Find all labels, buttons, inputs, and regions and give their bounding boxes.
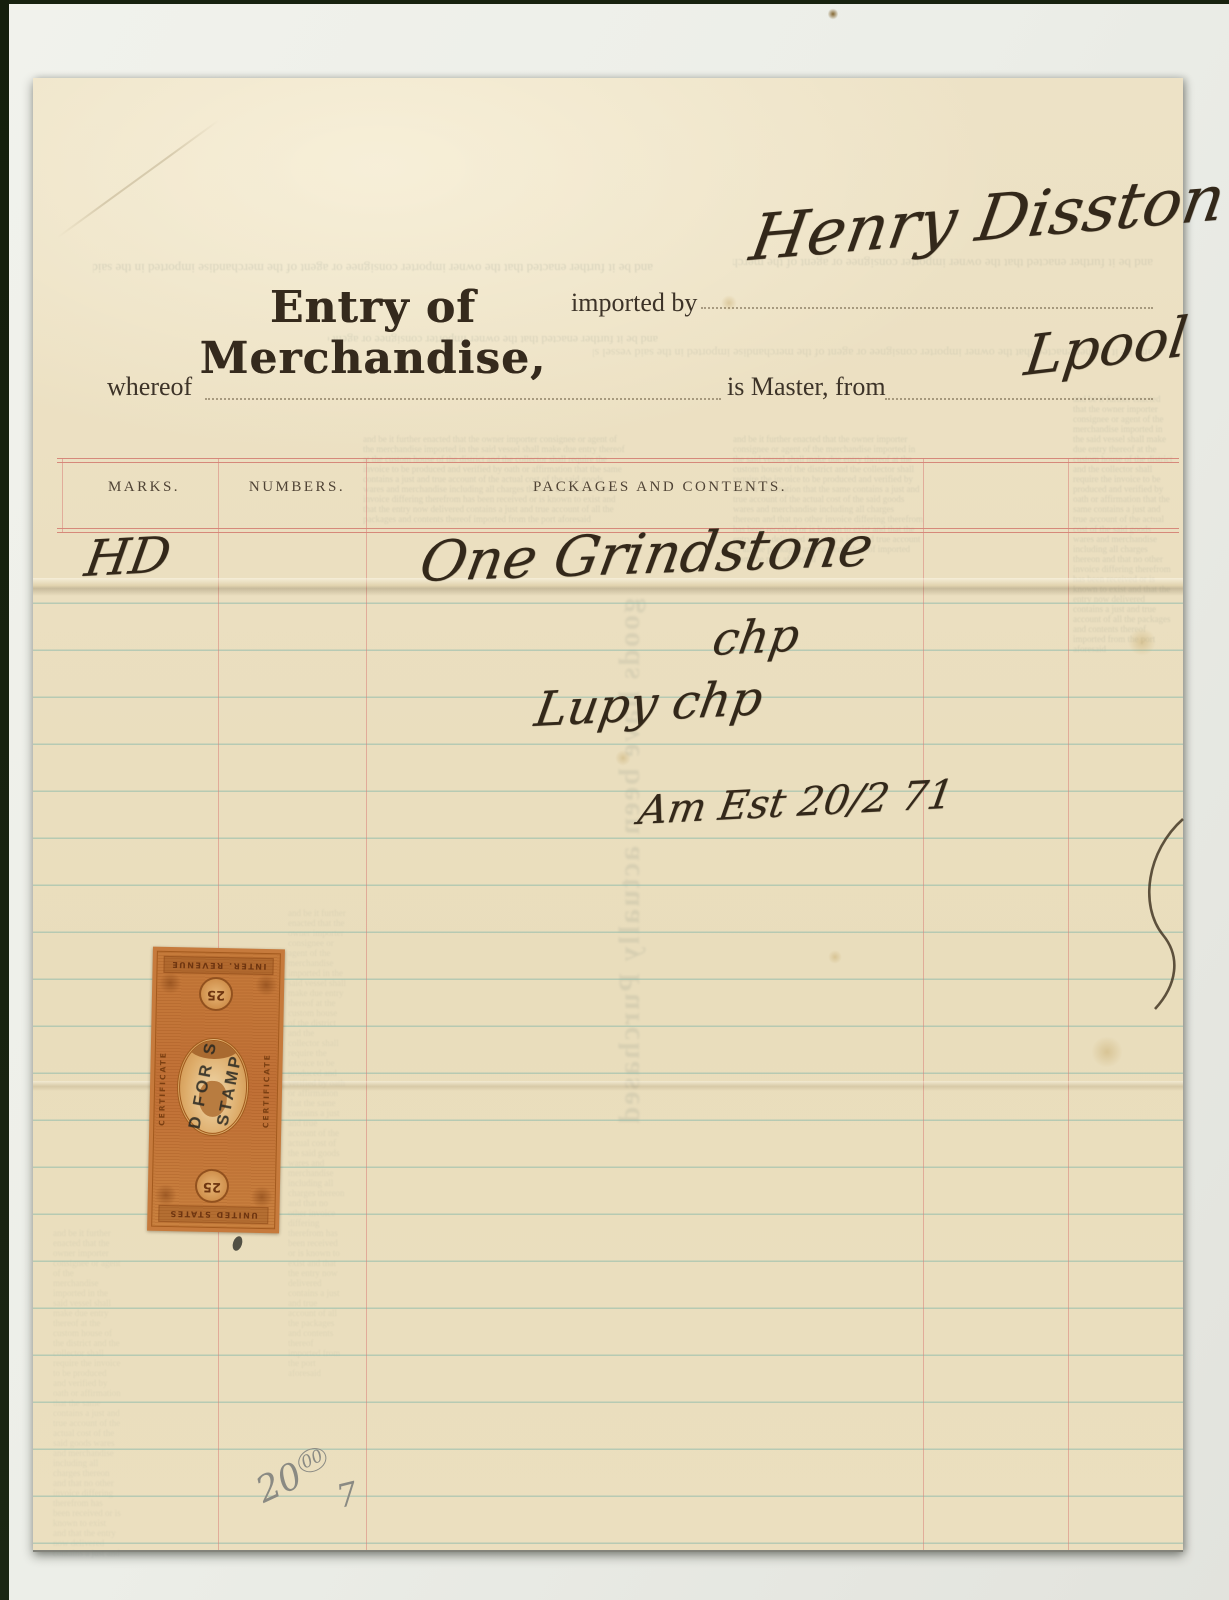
scanned-page: and be it further enacted that the owner… (0, 0, 1229, 1600)
handwritten-port: Lpool (1021, 305, 1191, 389)
stamp-ornament (251, 1186, 273, 1208)
handwritten-contents-line2: chp (709, 608, 803, 666)
column-header-numbers: NUMBERS. (227, 479, 367, 496)
stain-spot (828, 950, 842, 964)
form-title: Entry of Merchandise, (183, 282, 563, 384)
header-rule (57, 462, 1179, 463)
stain-spot (1128, 628, 1156, 656)
header-rule (57, 458, 1179, 459)
stamp-side-right: CERTIFICATE (156, 982, 172, 1196)
stain-spot (828, 8, 838, 20)
stamp-side-left: CERTIFICATE (260, 984, 276, 1198)
column-rule (923, 458, 924, 1550)
handwritten-marks: HD (81, 526, 175, 588)
column-rule (62, 458, 63, 532)
importer-writing-line (701, 307, 1153, 309)
corner-crease (57, 119, 220, 238)
entry-form-document: and be it further enacted that the owner… (33, 78, 1183, 1552)
handwritten-importer-name: Henry Disston (745, 162, 1229, 276)
stamp-ornament (159, 972, 181, 994)
imported-by-label: imported by (571, 288, 697, 318)
column-rule (1068, 458, 1069, 1550)
stain-spot (1091, 1036, 1123, 1068)
stain-spot (615, 750, 631, 766)
vessel-writing-line (205, 398, 721, 400)
port-writing-line (885, 398, 1153, 400)
whereof-label: whereof (107, 372, 192, 402)
column-header-marks: MARKS. (74, 479, 214, 496)
scan-edge-left (0, 0, 9, 1600)
stain-spot (721, 295, 737, 311)
revenue-stamp: UNITED STATES INTER. REVENUE CERTIFICATE… (147, 947, 285, 1234)
column-header-packages: PACKAGES AND CONTENTS. (460, 479, 860, 496)
column-rule (366, 458, 367, 1550)
pen-flourish (1125, 813, 1191, 1013)
master-label: is Master, from (727, 372, 886, 402)
bleedthrough-text: and be it further enacted that the owner… (93, 258, 653, 276)
